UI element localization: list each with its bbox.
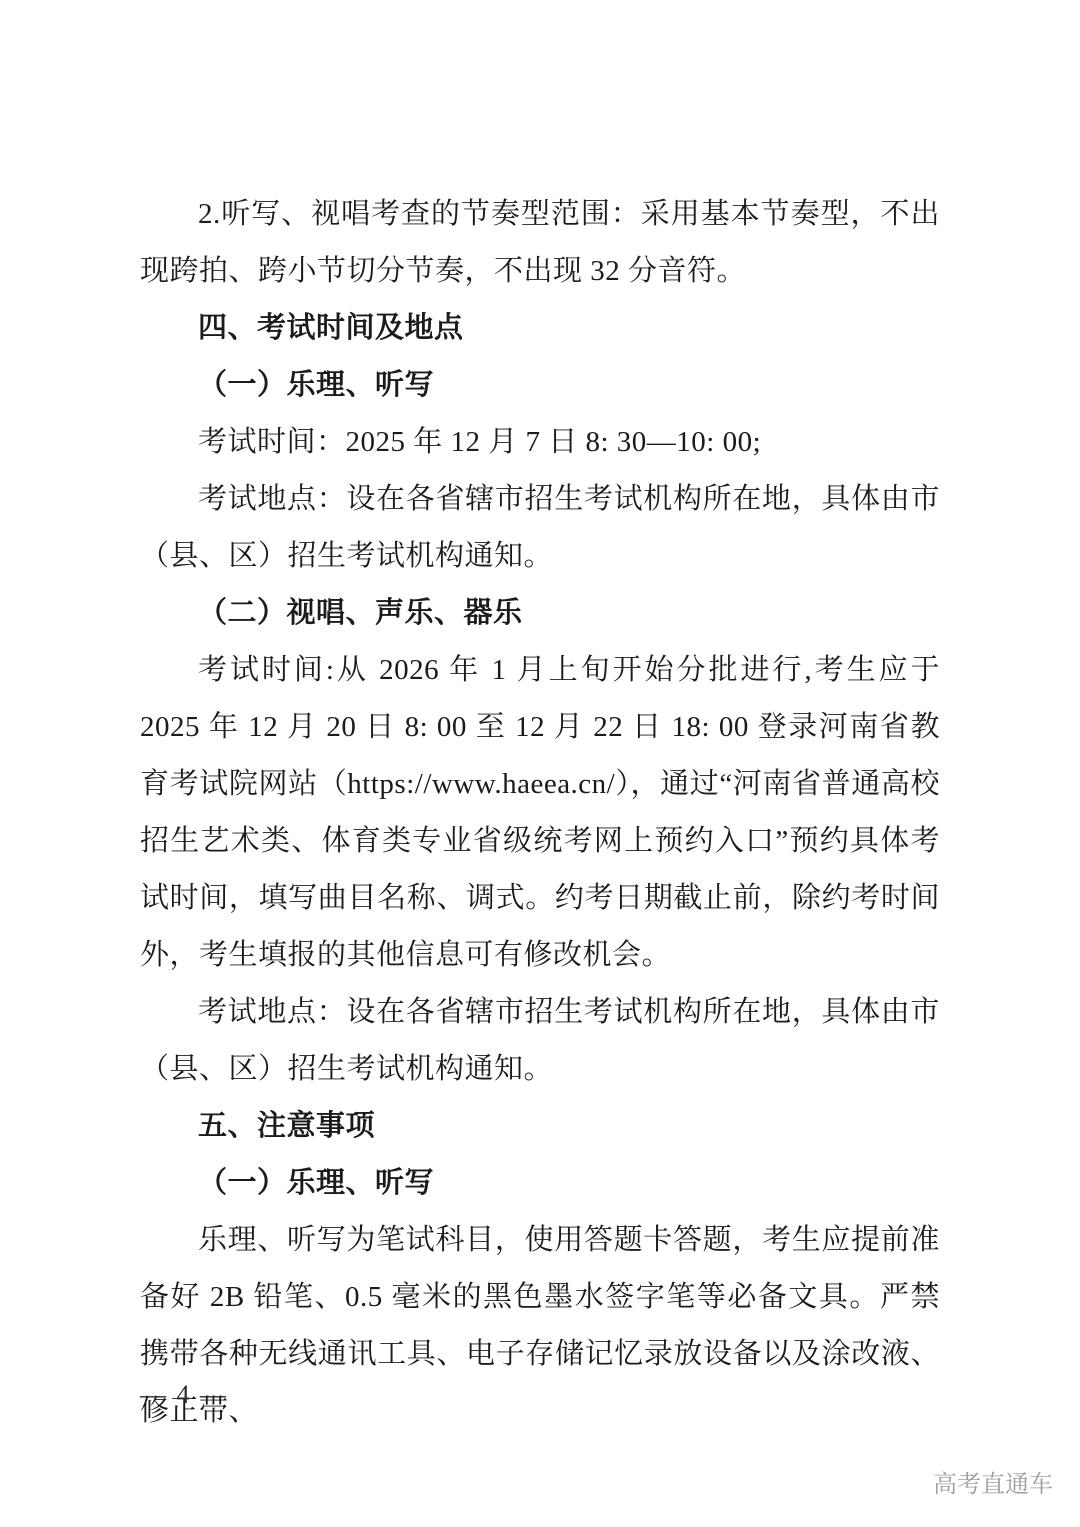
subsection-heading-music-theory-dictation-notes: （一）乐理、听写 [140, 1155, 940, 1212]
paragraph-written-exam-supplies-rules: 乐理、听写为笔试科目，使用答题卡答题，考生应提前准备好 2B 铅笔、0.5 毫米… [140, 1212, 940, 1440]
document-body: 2.听写、视唱考查的节奏型范围：采用基本节奏型，不出现跨拍、跨小节切分节奏，不出… [140, 186, 940, 1440]
paragraph-exam-location-performance: 考试地点：设在各省辖市招生考试机构所在地，具体由市（县、区）招生考试机构通知。 [140, 984, 940, 1098]
document-page: 2.听写、视唱考查的节奏型范围：采用基本节奏型，不出现跨拍、跨小节切分节奏，不出… [0, 0, 1080, 1527]
subsection-heading-music-theory-dictation: （一）乐理、听写 [140, 357, 940, 414]
page-number: — 4 — [140, 1378, 228, 1412]
watermark-gaokao-zhitongche: 高考直通车 [933, 1470, 1053, 1500]
subsection-heading-sightsinging-vocal-instrumental: （二）视唱、声乐、器乐 [140, 585, 940, 642]
paragraph-exam-location-theory-dictation: 考试地点：设在各省辖市招生考试机构所在地，具体由市（县、区）招生考试机构通知。 [140, 471, 940, 585]
paragraph-dictation-rhythm-rule: 2.听写、视唱考查的节奏型范围：采用基本节奏型，不出现跨拍、跨小节切分节奏，不出… [140, 186, 940, 300]
section-heading-notes: 五、注意事项 [140, 1098, 940, 1155]
section-heading-exam-time-and-location: 四、考试时间及地点 [140, 300, 940, 357]
paragraph-exam-time-performance-booking: 考试时间:从 2026 年 1 月上旬开始分批进行,考生应于 2025 年 12… [140, 642, 940, 984]
paragraph-exam-time-theory-dictation: 考试时间：2025 年 12 月 7 日 8: 30—10: 00; [140, 414, 940, 471]
